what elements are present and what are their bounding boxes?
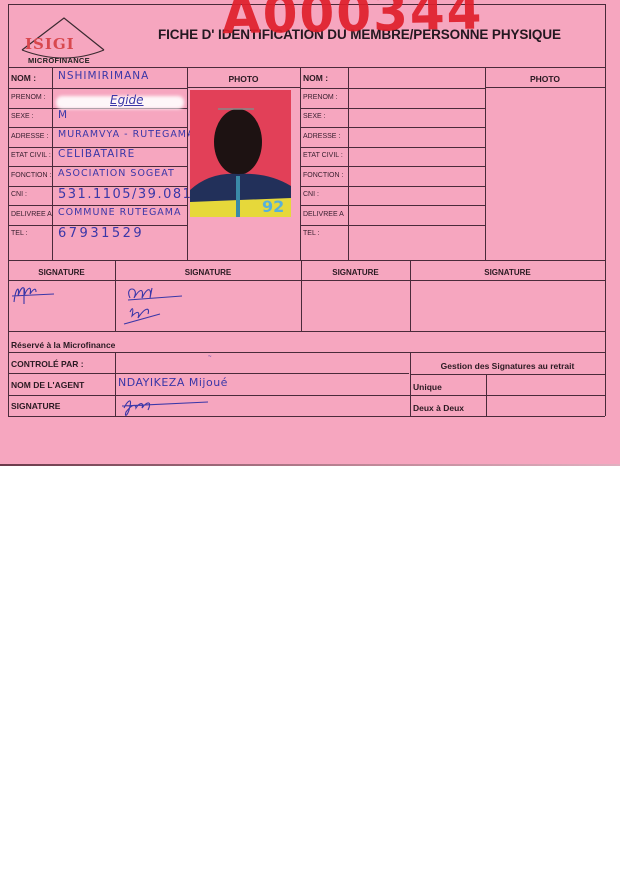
agent-signature-scribble (118, 394, 213, 420)
member1-value-6: 531.1105/39.081 (58, 187, 192, 202)
member2-label-4: ETAT CIVIL : (303, 152, 343, 159)
signature-header-1: SIGNATURE (8, 268, 115, 277)
agent-name-value: NDAYIKEZA Mijoué (118, 376, 228, 389)
member2-label-2: SEXE : (303, 113, 326, 120)
member1-label-0: NOM : (11, 73, 36, 83)
controle-par-label: CONTROLÉ PAR : (11, 359, 84, 369)
member2-label-5: FONCTION : (303, 172, 343, 179)
signature-2-scribble (120, 284, 190, 328)
member1-label-5: FONCTION : (11, 172, 51, 179)
signature-header-2: SIGNATURE (115, 268, 301, 277)
member2-label-3: ADRESSE : (303, 133, 340, 140)
member1-value-7: COMMUNE RUTEGAMA (58, 207, 182, 218)
withdrawal-option-deux-a-deux[interactable]: Deux à Deux (413, 403, 464, 413)
photo-header-2: PHOTO (485, 74, 605, 84)
member1-label-2: SEXE : (11, 113, 34, 120)
member1-value-4: CELIBATAIRE (58, 148, 135, 160)
logo-brand: ISIGI (25, 35, 75, 53)
agent-signature-label: SIGNATURE (11, 401, 60, 411)
member2-label-8: TEL : (303, 230, 319, 237)
member2-value-0[interactable] (348, 67, 485, 88)
withdrawal-option-unique[interactable]: Unique (413, 382, 442, 392)
member2-value-5[interactable] (348, 166, 485, 186)
member1-value-5: ASOCIATION SOGEAT (58, 168, 175, 179)
member1-label-6: CNI : (11, 191, 27, 198)
member2-value-8[interactable] (348, 225, 485, 245)
member1-prenom-value: Egide (110, 93, 144, 107)
member2-value-3[interactable] (348, 127, 485, 147)
reserved-section-title: Réservé à la Microfinance (11, 340, 115, 350)
photo-header-1: PHOTO (187, 74, 300, 84)
member1-value-8: 67931529 (58, 226, 144, 241)
member1-value-2: M (58, 109, 68, 121)
member1-label-1: PRENOM : (11, 94, 46, 101)
member-photo: 92 (190, 90, 291, 217)
member1-label-8: TEL : (11, 230, 27, 237)
member2-label-0: NOM : (303, 73, 328, 83)
member2-value-1[interactable] (348, 88, 485, 108)
signature-header-4: SIGNATURE (410, 268, 605, 277)
member2-value-2[interactable] (348, 108, 485, 128)
agent-name-label: NOM DE L'AGENT (11, 380, 84, 390)
member1-label-7: DELIVREE A (11, 211, 52, 218)
signature-header-3: SIGNATURE (301, 268, 410, 277)
withdrawal-title: Gestion des Signatures au retrait (410, 361, 605, 371)
member2-value-6[interactable] (348, 186, 485, 206)
stamp-number: A000344 (222, 0, 484, 46)
member2-label-7: DELIVREE A (303, 211, 344, 218)
border-left (8, 4, 9, 416)
border-right (605, 4, 606, 416)
member2-label-6: CNI : (303, 191, 319, 198)
member2-label-1: PRENOM : (303, 94, 338, 101)
logo-subtitle: MICROFINANCE (28, 56, 90, 65)
member1-value-0: NSHIMIRIMANA (58, 70, 149, 82)
member2-value-7[interactable] (348, 205, 485, 225)
member1-label-4: ETAT CIVIL : (11, 152, 51, 159)
member1-label-3: ADRESSE : (11, 133, 48, 140)
member1-value-3: MURAMVYA - RUTEGAMA (58, 129, 195, 140)
member2-value-4[interactable] (348, 147, 485, 167)
ink-mark: ~ (208, 354, 212, 360)
signature-1-scribble (10, 282, 60, 308)
member-identification-card: ISIGI MICROFINANCE FICHE D' IDENTIFICATI… (0, 0, 620, 466)
svg-text:92: 92 (262, 197, 284, 216)
